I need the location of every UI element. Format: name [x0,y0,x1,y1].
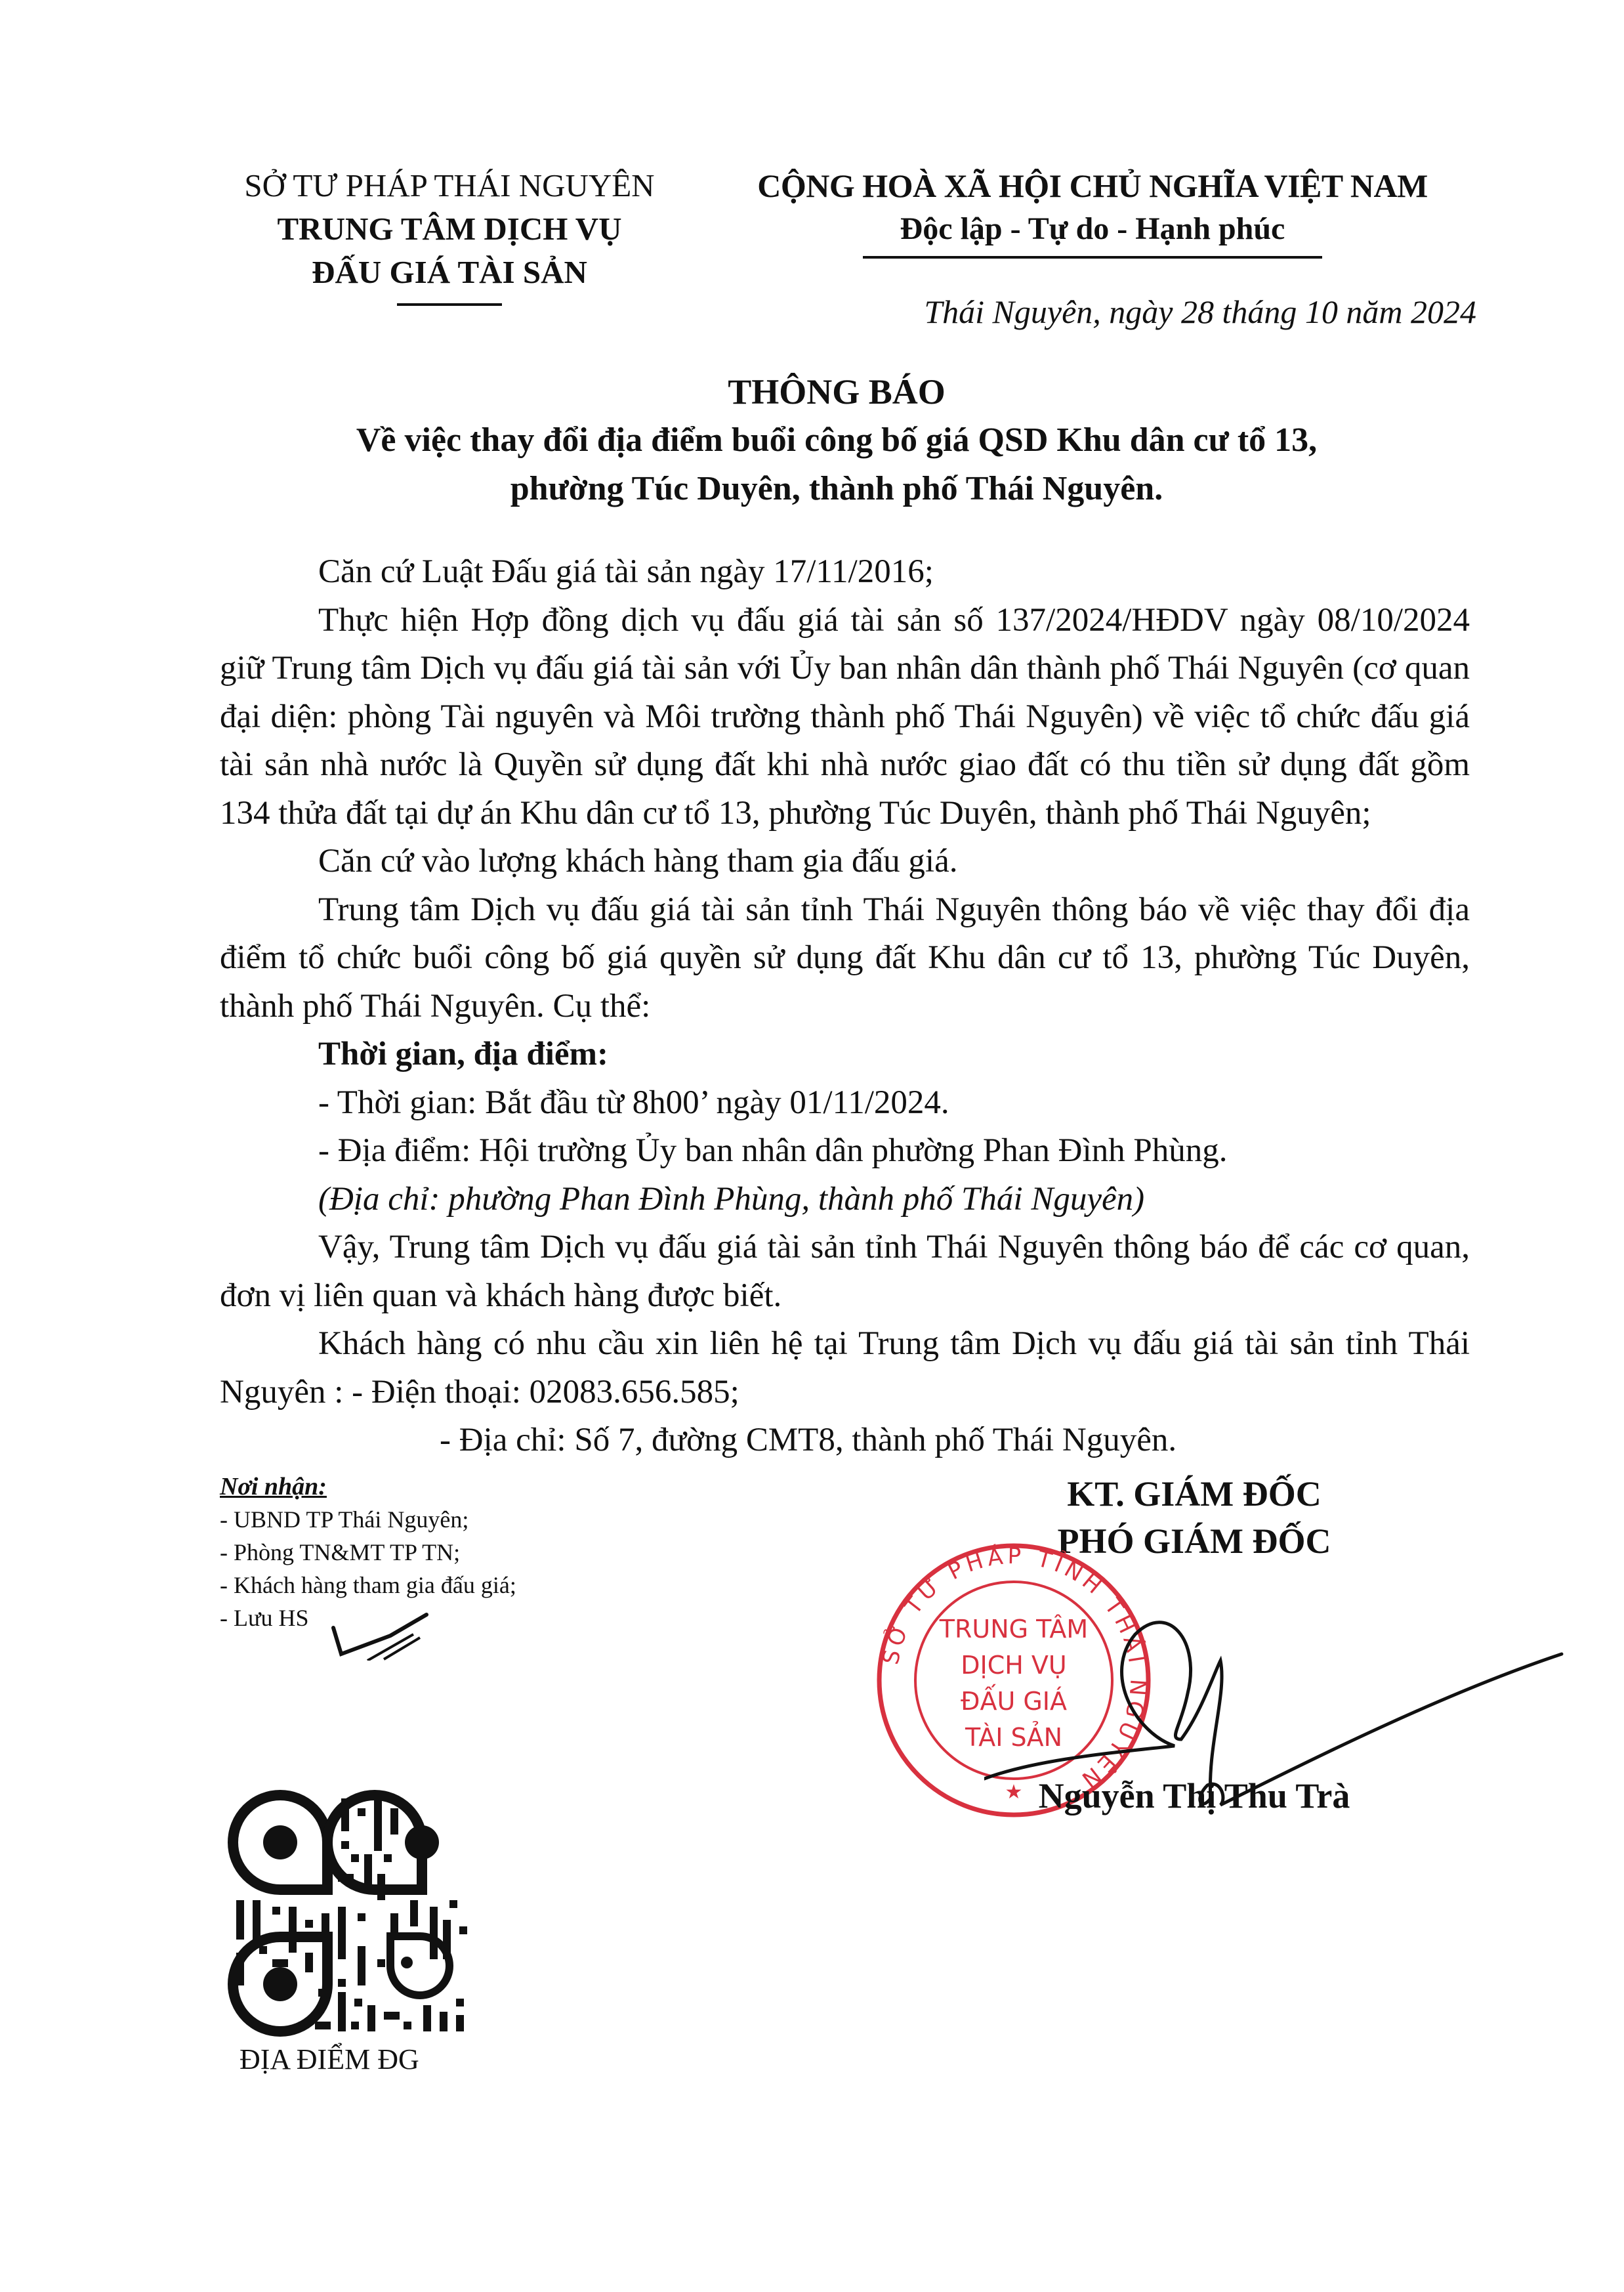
signer-name: Nguyễn Thị Thu Trà [932,1772,1457,1819]
agency-parent: SỞ TƯ PHÁP THÁI NGUYÊN [197,164,702,207]
agency-divider [397,303,502,306]
signatory-authority: KT. GIÁM ĐỐC [932,1470,1457,1517]
doc-type: THÔNG BÁO [197,368,1476,416]
recipient-item: - Khách hàng tham gia đấu giá; [220,1569,679,1602]
conclusion-paragraph: Vậy, Trung tâm Dịch vụ đấu giá tài sản t… [220,1223,1470,1320]
address-note: (Địa chỉ: phường Phan Đình Phùng, thành … [220,1176,1470,1224]
national-motto: Độc lập - Tự do - Hạnh phúc [900,207,1285,251]
section-heading: Thời gian, địa điểm: [220,1030,1470,1079]
announcement-paragraph: Trung tâm Dịch vụ đấu giá tài sản tỉnh T… [220,886,1470,1031]
qr-code-icon[interactable] [226,1789,476,2038]
subject-line2: phường Túc Duyên, thành phố Thái Nguyên. [197,465,1476,513]
place-item: - Địa điểm: Hội trường Ủy ban nhân dân p… [220,1127,1470,1176]
country-name: CỘNG HOÀ XÃ HỘI CHỦ NGHĨA VIỆT NAM [715,164,1470,207]
subject-line1: Về việc thay đổi địa điểm buổi công bố g… [197,416,1476,465]
recipient-item: - Phòng TN&MT TP TN; [220,1536,679,1569]
time-item: - Thời gian: Bắt đầu từ 8h00’ ngày 01/11… [220,1079,1470,1128]
contact-paragraph: Khách hàng có nhu cầu xin liên hệ tại Tr… [220,1320,1470,1416]
contract-paragraph: Thực hiện Hợp đồng dịch vụ đấu giá tài s… [220,597,1470,838]
qr-code-label: ĐỊA ĐIỂM ĐG [226,2041,515,2078]
document-title: THÔNG BÁO Về việc thay đổi địa điểm buổi… [197,368,1476,513]
agency-name-line2: ĐẤU GIÁ TÀI SẢN [197,251,702,294]
customer-volume-paragraph: Căn cứ vào lượng khách hàng tham gia đấu… [220,838,1470,886]
initial-mark-icon [328,1602,486,1661]
national-header: CỘNG HOÀ XÃ HỘI CHỦ NGHĨA VIỆT NAM Độc l… [715,164,1470,259]
document-body: Căn cứ Luật Đấu giá tài sản ngày 17/11/2… [220,548,1470,1465]
recipients-heading: Nơi nhận: [220,1470,679,1503]
place-date: Thái Nguyên, ngày 28 tháng 10 năm 2024 [827,289,1476,335]
contact-address: - Địa chỉ: Số 7, đường CMT8, thành phố T… [220,1416,1470,1465]
agency-name-line1: TRUNG TÂM DỊCH VỤ [197,207,702,251]
agency-header: SỞ TƯ PHÁP THÁI NGUYÊN TRUNG TÂM DỊCH VỤ… [197,164,702,306]
recipient-item: - UBND TP Thái Nguyên; [220,1503,679,1536]
legal-basis-paragraph: Căn cứ Luật Đấu giá tài sản ngày 17/11/2… [220,548,1470,597]
motto-divider [863,256,1322,259]
